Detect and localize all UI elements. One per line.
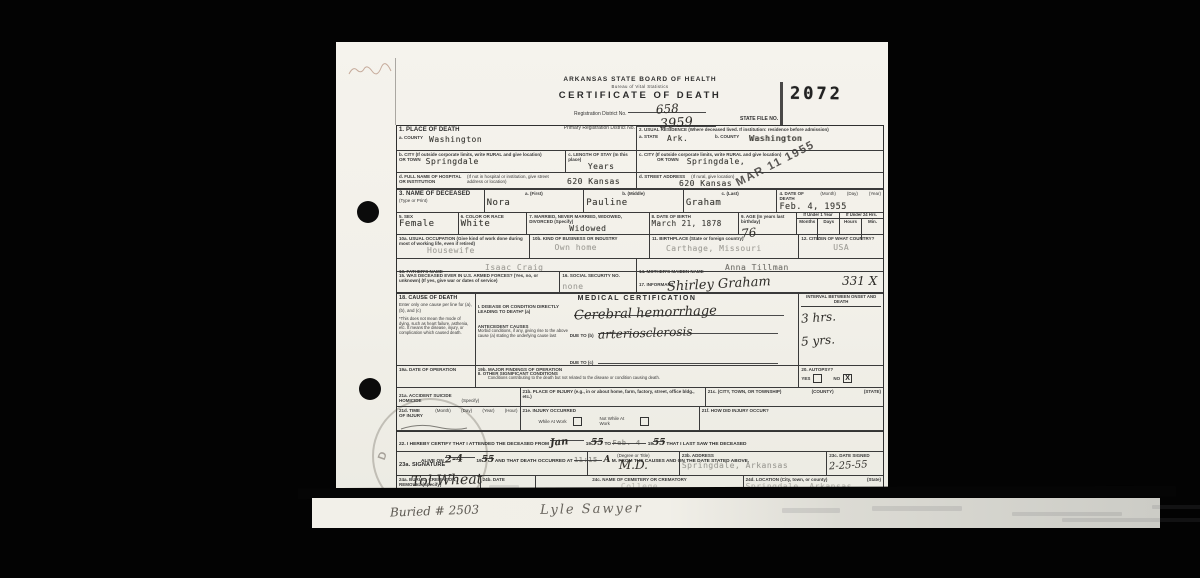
mother-value: Anna Tillman — [725, 263, 789, 272]
industry-cell: 10b. KIND OF BUSINESS OR INDUSTRY Own ho… — [530, 235, 650, 258]
race-value: White — [461, 219, 525, 229]
operation-findings-cell: 19b. MAJOR FINDINGS OF OPERATION — [476, 366, 800, 387]
sex-cell: 5. SEX Female — [397, 213, 459, 234]
marital-cell: 7. MARRIED, NEVER MARRIED, WIDOWED, DIVO… — [527, 213, 649, 234]
row-operation: 19a. DATE OF OPERATION 19b. MAJOR FINDIN… — [397, 366, 883, 388]
while-at-work-label: While At Work — [539, 419, 569, 424]
interval-cell: INTERVAL BETWEEN ONSET AND DEATH 3 hrs. … — [799, 294, 883, 365]
armed-forces-cell: 15. WAS DECEASED EVER IN U.S. ARMED FORC… — [397, 272, 560, 292]
faint-print-fragment-4 — [1152, 505, 1200, 509]
degree-value: M.D. — [590, 458, 677, 472]
not-while-at-work-label: Not While At Work — [600, 416, 636, 426]
last-name-label: c. (Last) — [686, 191, 775, 196]
how-injury-cell: 21f. HOW DID INJURY OCCUR? — [700, 407, 883, 430]
row-city: b. CITY (If outside corporate limits, wr… — [397, 151, 883, 173]
residence-city-cell: c. CITY (If outside corporate limits, wr… — [637, 151, 883, 172]
first-name-value: Nora — [487, 198, 582, 208]
registration-district-value: 658 — [655, 101, 679, 117]
ssn-label: 16. SOCIAL SECURITY NO. — [562, 273, 634, 278]
operation-date-cell: 19a. DATE OF OPERATION — [397, 366, 476, 387]
middle-name-cell: b. (Middle) Pauline — [584, 190, 684, 212]
to-year-value: 55 — [653, 438, 666, 448]
mother-cell: 14. MOTHER'S MAIDEN NAME Anna Tillman — [637, 259, 883, 271]
faint-print-fragment-1 — [782, 508, 840, 513]
first-name-label: a. (First) — [487, 191, 582, 196]
bottom-paper-strip: Buried # 2503 Lyle Sawyer — [312, 498, 1160, 528]
medical-certification-title: MEDICAL CERTIFICATION — [478, 295, 797, 302]
circular-stamp-letter: D — [376, 450, 390, 462]
row-name: 3. NAME OF DECEASED (Type or Print) a. (… — [397, 189, 883, 213]
date-of-death-cell: 4. DATE OF DEATH (Month) (Day) (Year) Fe… — [777, 190, 883, 212]
injury-city-cell: 21c. (CITY, TOWN, OR TOWNSHIP) (COUNTY) … — [706, 388, 883, 406]
to-year-blank: 55 — [653, 434, 665, 442]
residence-county-label: b. COUNTY — [715, 134, 749, 143]
dod-month-label: (Month) — [820, 191, 836, 201]
time-of-injury-cell: 21d. TIME OF INJURY (Month) (Day) (Year)… — [397, 407, 521, 430]
autopsy-label: 20. AUTOPSY? — [801, 367, 881, 372]
last-name-value: Graham — [686, 198, 775, 208]
birthplace-label: 11. BIRTHPLACE (State or foreign country… — [652, 236, 796, 241]
death-city-value: Springdale — [426, 157, 479, 166]
injury-hour-label: (Hour) — [505, 408, 518, 418]
attended-from-value: Jan — [550, 432, 570, 454]
certify-line1a: 22. I HEREBY CERTIFY THAT I ATTENDED THE… — [399, 442, 549, 447]
ssn-cell: 16. SOCIAL SECURITY NO. none — [560, 272, 637, 292]
marital-value: Widowed — [529, 224, 646, 233]
usual-residence-label: 2. USUAL RESIDENCE (Where deceased lived… — [639, 127, 881, 132]
length-of-stay-label: c. LENGTH OF STAY (In this place) — [568, 152, 634, 162]
disease-line-label: I. DISEASE OR CONDITION DIRECTLY LEADING… — [478, 304, 570, 314]
date-signed-label: 23c. DATE SIGNED — [829, 453, 881, 458]
certificate-form: 1. PLACE OF DEATH a. COUNTY Washington 2… — [396, 125, 884, 497]
funeral-director-note: Lyle Sawyer — [540, 501, 643, 518]
county-label: a. COUNTY — [399, 135, 423, 144]
cause-note1: Enter only one cause per line for (a), (… — [399, 302, 473, 312]
registration-district-blank: 658 — [628, 104, 706, 113]
row-signature: 23a. SIGNATURE Tol Wheat (Degree or Titl… — [397, 452, 883, 476]
injury-occurred-cell: 21e. INJURY OCCURRED While At Work Not W… — [521, 407, 700, 430]
informant-mark: 331 X — [842, 274, 877, 288]
certificate-paper: ARKANSAS STATE BOARD OF HEALTH Bureau of… — [336, 42, 888, 497]
row-parents: 13. FATHER'S NAME Isaac Craig 14. MOTHER… — [397, 259, 883, 272]
accident-cell: 21a. ACCIDENT SUICIDE HOMICIDE (Specify) — [397, 388, 521, 406]
stamp-tick-mark — [780, 82, 783, 126]
injury-occurred-label: 21e. INJURY OCCURRED — [523, 408, 697, 413]
time-of-injury-label: 21d. TIME OF INJURY — [399, 408, 425, 418]
cause-note2: *This does not mean the mode of dying, s… — [399, 317, 473, 336]
institution-value: 620 Kansas — [567, 177, 620, 186]
attended-to-value: Feb. 4 — [612, 439, 640, 447]
due-c-label: DUE TO (c) — [570, 360, 594, 365]
death-or-town-label: OR TOWN — [399, 157, 421, 166]
attended-from-blank: Jan — [550, 433, 584, 441]
disease-line-blank: Cerebral hemorrhage — [574, 304, 784, 316]
injury-county-label: (COUNTY) — [812, 389, 834, 394]
place-of-injury-cell: 21b. PLACE OF INJURY (e.g., in or about … — [521, 388, 706, 406]
burial-date-label: 24b. DATE — [483, 477, 534, 482]
autopsy-no-label: NO — [833, 376, 840, 381]
dob-value: March 21, 1878 — [652, 219, 736, 228]
row-institution: d. FULL NAME OF HOSPITAL OR INSTITUTION … — [397, 173, 883, 189]
age-under24-label: If Under 24 Hrs. — [840, 213, 883, 218]
father-cell: 13. FATHER'S NAME Isaac Craig — [397, 259, 637, 271]
occupation-cell: 10a. USUAL OCCUPATION (Give kind of work… — [397, 235, 530, 258]
row-injury-time: 21d. TIME OF INJURY (Month) (Day) (Year)… — [397, 407, 883, 431]
burial-type-label: 24a. BURIAL, CREMATION, REMOVAL (Specify… — [399, 477, 478, 487]
birthplace-value: Carthage, Missouri — [652, 244, 796, 253]
board-name: ARKANSAS STATE BOARD OF HEALTH — [396, 76, 884, 83]
accident-specify-label: (Specify) — [461, 398, 479, 403]
row-place-residence: 1. PLACE OF DEATH a. COUNTY Washington 2… — [397, 126, 883, 151]
due-b-label: DUE TO (b) — [570, 333, 594, 338]
occupation-label: 10a. USUAL OCCUPATION (Give kind of work… — [399, 236, 527, 246]
injury-day-label: (Day) — [461, 408, 472, 418]
scan-background: ARKANSAS STATE BOARD OF HEALTH Bureau of… — [0, 0, 1200, 578]
first-name-cell: a. (First) Nora — [485, 190, 585, 212]
registration-district-label: Registration District No. — [574, 111, 627, 117]
place-of-death-label: 1. PLACE OF DEATH — [399, 127, 634, 134]
due-c-blank — [598, 354, 778, 364]
address-value: Springdale, Arkansas — [682, 461, 824, 470]
citizen-cell: 12. CITIZEN OF WHAT COUNTRY? USA — [799, 235, 883, 258]
middle-name-value: Pauline — [586, 198, 681, 208]
injury-year-label: (Year) — [482, 408, 494, 418]
medical-certification-cell: MEDICAL CERTIFICATION I. DISEASE OR COND… — [476, 294, 800, 365]
birthplace-cell: 11. BIRTHPLACE (State or foreign country… — [650, 235, 799, 258]
cause-sidebar-cell: 18. CAUSE OF DEATH Enter only one cause … — [397, 294, 476, 365]
row-injury-place: 21a. ACCIDENT SUICIDE HOMICIDE (Specify)… — [397, 388, 883, 407]
certify-line1b: THAT I LAST SAW THE DECEASED — [666, 442, 746, 447]
interval1-value: 3 hrs. — [801, 306, 881, 326]
injury-state-label: (STATE) — [864, 389, 881, 394]
name-label: 3. NAME OF DECEASED — [399, 191, 482, 198]
autopsy-cell: 20. AUTOPSY? YES NO X — [799, 366, 883, 387]
armed-forces-label: 15. WAS DECEASED EVER IN U.S. ARMED FORC… — [399, 273, 557, 283]
state-file-label: STATE FILE NO. — [740, 116, 778, 122]
pencil-note — [346, 62, 394, 80]
middle-name-label: b. (Middle) — [586, 191, 681, 196]
name-label-cell: 3. NAME OF DECEASED (Type or Print) — [397, 190, 485, 212]
length-of-stay-cell: c. LENGTH OF STAY (In this place) Years — [566, 151, 637, 172]
dod-day-label: (Day) — [847, 191, 858, 201]
disease-line-value: Cerebral hemorrhage — [574, 304, 717, 324]
father-value: Isaac Craig — [485, 263, 543, 272]
dob-cell: 8. DATE OF BIRTH March 21, 1878 — [650, 213, 739, 234]
death-city-cell: b. CITY (If outside corporate limits, wr… — [397, 151, 566, 172]
citizen-value: USA — [801, 243, 881, 252]
industry-value: Own home — [532, 243, 647, 252]
age-cell: 9. AGE (In years last birthday) 76 If Un… — [739, 213, 883, 234]
address-cell: 23b. ADDRESS Springdale, Arkansas — [680, 452, 827, 475]
marital-label: 7. MARRIED, NEVER MARRIED, WIDOWED, DIVO… — [529, 214, 646, 224]
accident-label: 21a. ACCIDENT SUICIDE HOMICIDE — [399, 393, 457, 403]
industry-label: 10b. KIND OF BUSINESS OR INDUSTRY — [532, 236, 647, 241]
institution-label: d. FULL NAME OF HOSPITAL OR INSTITUTION — [399, 174, 463, 186]
sex-value: Female — [399, 219, 456, 229]
race-cell: 6. COLOR OR RACE White — [459, 213, 528, 234]
street-address-cell: d. STREET ADDRESS (If rural, give locati… — [637, 173, 883, 188]
operation-date-label: 19a. DATE OF OPERATION — [399, 367, 473, 372]
registration-district-line: Registration District No. 658 — [396, 104, 884, 117]
occupation-value: Housewife — [399, 246, 527, 255]
row-informant: 15. WAS DECEASED EVER IN U.S. ARMED FORC… — [397, 272, 883, 293]
autopsy-no-checkbox: X — [843, 374, 852, 383]
signature-cell: 23a. SIGNATURE Tol Wheat (Degree or Titl… — [397, 452, 680, 475]
last-name-cell: c. (Last) Graham — [684, 190, 778, 212]
attended-to-blank: Feb. 4 — [612, 436, 646, 444]
row-occupation: 10a. USUAL OCCUPATION (Give kind of work… — [397, 235, 883, 259]
from-year-blank: 55 — [591, 434, 603, 442]
place-of-death-cell: 1. PLACE OF DEATH a. COUNTY Washington — [397, 126, 637, 150]
death-city-label: b. CITY (If outside corporate limits, wr… — [399, 152, 563, 157]
certify-to-label: TO — [604, 442, 611, 447]
county-value: Washington — [429, 135, 482, 144]
residence-county-value: Washington — [749, 134, 802, 143]
residence-state-label: a. STATE — [639, 134, 667, 143]
interval-label: INTERVAL BETWEEN ONSET AND DEATH — [801, 295, 881, 307]
faint-print-fragment-3 — [1012, 512, 1122, 516]
address-label: 23b. ADDRESS — [682, 453, 824, 458]
row-vitals: 5. SEX Female 6. COLOR OR RACE White 7. … — [397, 213, 883, 235]
date-of-death-value: Feb. 4, 1955 — [779, 202, 881, 212]
citizen-label: 12. CITIZEN OF WHAT COUNTRY? — [801, 236, 881, 241]
autopsy-yes-label: YES — [801, 376, 810, 381]
faint-print-fragment-2 — [872, 506, 962, 511]
due-b-value: arteriosclerosis — [598, 324, 693, 341]
interval2-value: 5 yrs. — [801, 329, 881, 349]
institution-note: (If not in hospital or institution, give… — [467, 174, 563, 186]
usual-residence-cell: 2. USUAL RESIDENCE (Where deceased lived… — [637, 126, 883, 150]
place-of-injury-label: 21b. PLACE OF INJURY (e.g., in or about … — [523, 389, 703, 399]
residence-state-value: Ark. — [667, 134, 715, 143]
dod-year-label: (Year) — [869, 191, 881, 201]
cause-label: 18. CAUSE OF DEATH — [399, 295, 473, 301]
punch-hole-bottom — [359, 378, 381, 400]
not-while-at-work-checkbox — [640, 417, 649, 426]
faint-print-fragment-5 — [1062, 518, 1200, 522]
cause-of-death-block: 18. CAUSE OF DEATH Enter only one cause … — [397, 293, 883, 366]
residence-or-town-label: OR TOWN — [657, 157, 679, 166]
while-at-work-checkbox — [573, 417, 582, 426]
informant-value: Shirley Graham — [667, 274, 771, 294]
injury-city-label: 21c. (CITY, TOWN, OR TOWNSHIP) — [708, 389, 782, 394]
injury-month-label: (Month) — [435, 408, 451, 418]
informant-cell: 17. INFORMANT Shirley Graham 331 X — [637, 272, 883, 292]
signature-label: 23a. SIGNATURE — [399, 462, 445, 468]
street-address-value: 620 Kansas — [639, 179, 881, 188]
from-year-value: 55 — [591, 438, 604, 448]
ssn-value: none — [562, 282, 634, 291]
due-b-blank: arteriosclerosis — [598, 324, 778, 334]
operation-findings-label: 19b. MAJOR FINDINGS OF OPERATION — [478, 367, 797, 372]
certificate-number-stamp: 2072 — [790, 84, 843, 105]
punch-hole-top — [357, 201, 379, 223]
antecedent-note: Morbid conditions, if any, giving rise t… — [478, 329, 570, 339]
buried-note: Buried # 2503 — [390, 502, 480, 519]
date-of-death-label: 4. DATE OF DEATH — [779, 191, 809, 201]
name-note: (Type or Print) — [399, 198, 482, 203]
certification-cell: 22. I HEREBY CERTIFY THAT I ATTENDED THE… — [397, 432, 883, 451]
institution-cell: d. FULL NAME OF HOSPITAL OR INSTITUTION … — [397, 173, 637, 188]
row-certification: 22. I HEREBY CERTIFY THAT I ATTENDED THE… — [397, 431, 883, 452]
residence-city-value: Springdale, — [687, 157, 745, 166]
autopsy-yes-checkbox — [813, 374, 822, 383]
how-injury-label: 21f. HOW DID INJURY OCCUR? — [702, 408, 881, 413]
date-signed-cell: 23c. DATE SIGNED 2-25-55 — [827, 452, 883, 475]
date-signed-value: 2-25-55 — [829, 459, 881, 473]
length-of-stay-value: Years — [568, 162, 634, 171]
